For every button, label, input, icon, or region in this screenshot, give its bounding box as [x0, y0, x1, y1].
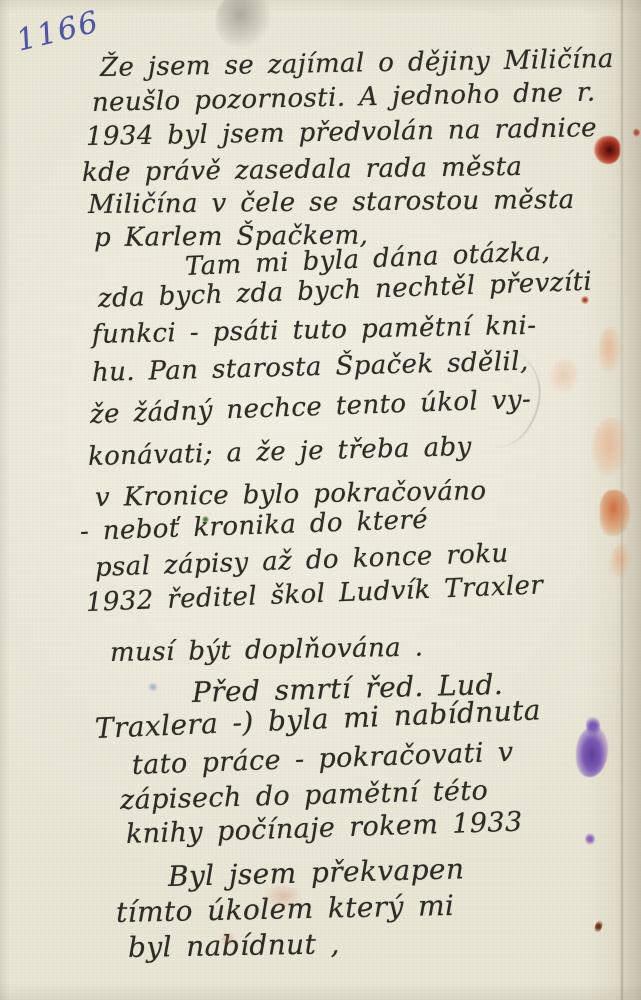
- manuscript-line: v Kronice bylo pokračováno: [95, 476, 487, 513]
- page-number: 1166: [13, 4, 103, 58]
- manuscript-line: Miličína v čele se starostou města: [88, 185, 575, 220]
- orange-stain: [600, 490, 630, 536]
- manuscript-line: Byl jsem překvapen: [168, 852, 465, 893]
- peach-stain: [550, 360, 578, 392]
- red-edge-dot-stain: [633, 128, 640, 137]
- manuscript-line: byl nabídnut ,: [128, 927, 340, 964]
- manuscript-page: 1166 Že jsem se zajímal o dějiny Miličín…: [0, 0, 641, 1000]
- manuscript-line: tímto úkolem který mi: [116, 889, 455, 929]
- manuscript-line: funkci - psáti tuto pamětní kni-: [92, 311, 537, 350]
- manuscript-line: konávati; a že je třeba aby: [88, 432, 472, 472]
- manuscript-line: hu. Pan starosta Špaček sdělil,: [92, 347, 529, 388]
- manuscript-line: Že jsem se zajímal o dějiny Miličína: [100, 44, 614, 83]
- page-fold-line: [621, 0, 623, 1000]
- peach-stain: [598, 328, 620, 372]
- red-ink-spot-stain: [594, 136, 620, 164]
- manuscript-line: že žádný nechce tento úkol vy-: [89, 385, 531, 430]
- manuscript-line: neušlo pozornosti. A jednoho dne r.: [92, 77, 596, 118]
- small-red-dot-stain: [581, 296, 589, 304]
- peach-stain: [610, 545, 630, 577]
- manuscript-line: tato práce - pokračovati v: [131, 737, 514, 781]
- manuscript-line: 1934 byl jsem předvolán na radnice: [86, 113, 597, 152]
- brown-speck-stain: [593, 919, 604, 934]
- blue-speck-stain: [148, 683, 158, 691]
- manuscript-line: musí být doplňována .: [110, 633, 424, 668]
- gray-smudge-stain: [216, 0, 270, 48]
- purple-ink-dot: [585, 833, 595, 845]
- purple-ink-blot: [576, 727, 608, 777]
- manuscript-line: kde právě zasedala rada města: [82, 152, 523, 188]
